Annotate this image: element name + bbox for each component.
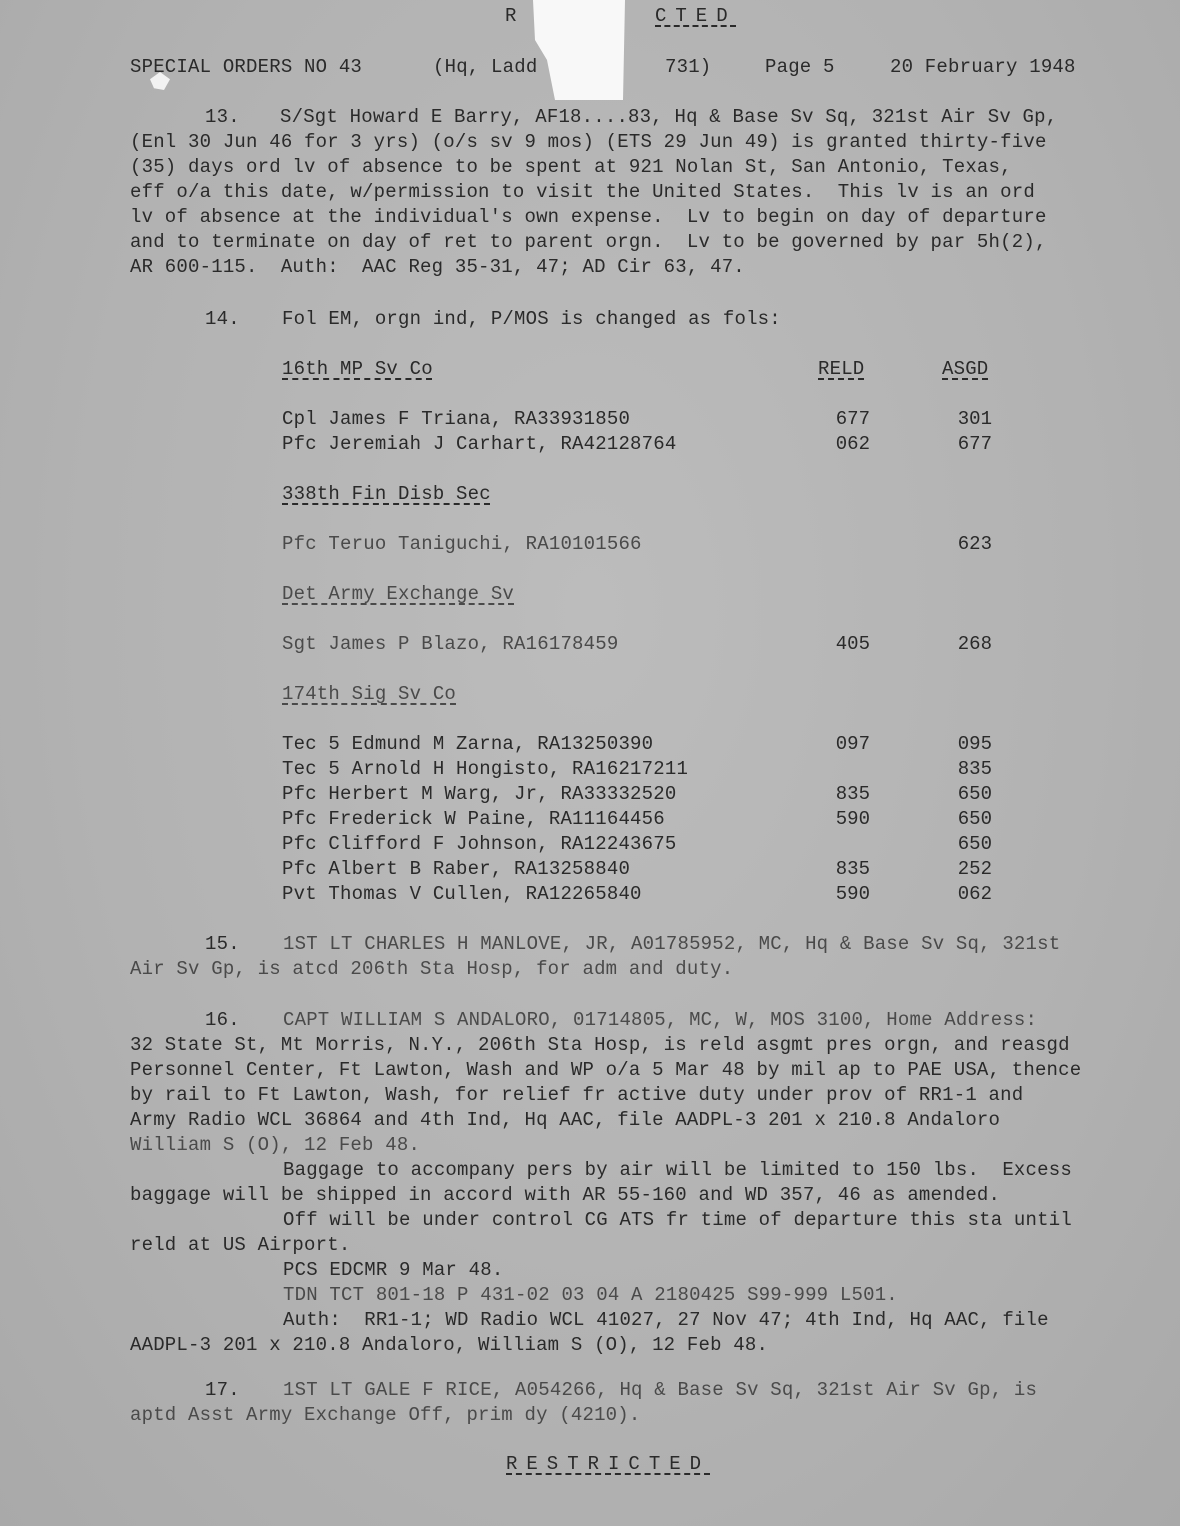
para17-line: 1ST LT GALE F RICE, A054266, Hq & Base S… — [283, 1378, 1037, 1403]
header-hq: (Hq, Ladd — [433, 55, 537, 80]
table-row-person: Pfc Herbert M Warg, Jr, RA33332520 — [282, 782, 676, 807]
table-row-asgd: 650 — [932, 807, 992, 832]
table-row-asgd: 835 — [932, 757, 992, 782]
table-row-person: Pfc Albert B Raber, RA13258840 — [282, 857, 630, 882]
para13-line: S/Sgt Howard E Barry, AF18....83, Hq & B… — [280, 105, 1057, 130]
header-date: 20 February 1948 — [890, 55, 1076, 80]
table-row-reld: 835 — [810, 782, 870, 807]
para16-tdn: TDN TCT 801-18 P 431-02 03 04 A 2180425 … — [283, 1283, 898, 1308]
para13-line: (Enl 30 Jun 46 for 3 yrs) (o/s sv 9 mos)… — [130, 130, 1047, 155]
table-row-reld: 590 — [810, 807, 870, 832]
table-row-asgd: 301 — [932, 407, 992, 432]
para16-line: CAPT WILLIAM S ANDALORO, 01714805, MC, W… — [283, 1008, 1037, 1033]
para17-line: aptd Asst Army Exchange Off, prim dy (42… — [130, 1403, 640, 1428]
table-row-person: Pfc Clifford F Johnson, RA12243675 — [282, 832, 676, 857]
para16-number: 16. — [205, 1008, 240, 1033]
table-row-asgd: 650 — [932, 782, 992, 807]
table-row-asgd: 677 — [932, 432, 992, 457]
table-row-asgd: 268 — [932, 632, 992, 657]
document-page: R CTED SPECIAL ORDERS NO 43 (Hq, Ladd 73… — [0, 0, 1180, 1526]
unit-heading: Det Army Exchange Sv — [282, 582, 514, 607]
para16-baggage: Baggage to accompany pers by air will be… — [283, 1158, 1072, 1183]
para14-number: 14. — [205, 307, 240, 332]
para17-number: 17. — [205, 1378, 240, 1403]
table-row-asgd: 062 — [932, 882, 992, 907]
torn-paper-area — [525, 0, 625, 100]
classification-top-left: R — [505, 5, 525, 27]
para15-line: 1ST LT CHARLES H MANLOVE, JR, A01785952,… — [283, 932, 1060, 957]
para15-number: 15. — [205, 932, 240, 957]
table-row-person: Tec 5 Arnold H Hongisto, RA16217211 — [282, 757, 688, 782]
para16-line: William S (O), 12 Feb 48. — [130, 1133, 420, 1158]
para16-line: by rail to Ft Lawton, Wash, for relief f… — [130, 1083, 1023, 1108]
para16-baggage: baggage will be shipped in accord with A… — [130, 1183, 1000, 1208]
table-row-asgd: 623 — [932, 532, 992, 557]
table-row-reld: 062 — [810, 432, 870, 457]
table-row-asgd: 095 — [932, 732, 992, 757]
table-row-reld: 097 — [810, 732, 870, 757]
para13-number: 13. — [205, 105, 240, 130]
table-row-person: Pfc Frederick W Paine, RA11164456 — [282, 807, 665, 832]
para16-auth: Auth: RR1-1; WD Radio WCL 41027, 27 Nov … — [283, 1308, 1049, 1333]
para13-line: eff o/a this date, w/permission to visit… — [130, 180, 1035, 205]
para16-control: reld at US Airport. — [130, 1233, 350, 1258]
table-row-person: Pvt Thomas V Cullen, RA12265840 — [282, 882, 642, 907]
table-row-person: Sgt James P Blazo, RA16178459 — [282, 632, 618, 657]
table-row-reld: 677 — [810, 407, 870, 432]
para16-pcs: PCS EDCMR 9 Mar 48. — [283, 1258, 503, 1283]
table-row-person: Tec 5 Edmund M Zarna, RA13250390 — [282, 732, 653, 757]
para13-line: and to terminate on day of ret to parent… — [130, 230, 1047, 255]
table-row-person: Pfc Teruo Taniguchi, RA10101566 — [282, 532, 642, 557]
column-header-reld: RELD — [818, 357, 864, 382]
para14-intro: Fol EM, orgn ind, P/MOS is changed as fo… — [282, 307, 781, 332]
unit-heading: 16th MP Sv Co — [282, 357, 433, 382]
para13-line: (35) days ord lv of absence to be spent … — [130, 155, 1012, 180]
column-header-asgd: ASGD — [942, 357, 988, 382]
table-row-reld: 835 — [810, 857, 870, 882]
table-row-asgd: 650 — [932, 832, 992, 857]
table-row-person: Pfc Jeremiah J Carhart, RA42128764 — [282, 432, 676, 457]
unit-heading: 174th Sig Sv Co — [282, 682, 456, 707]
para16-line: Army Radio WCL 36864 and 4th Ind, Hq AAC… — [130, 1108, 1000, 1133]
para13-line: AR 600-115. Auth: AAC Reg 35-31, 47; AD … — [130, 255, 745, 280]
para15-line: Air Sv Gp, is atcd 206th Sta Hosp, for a… — [130, 957, 733, 982]
classification-top-right: CTED — [655, 5, 737, 27]
para13-line: lv of absence at the individual's own ex… — [130, 205, 1047, 230]
para16-line: 32 State St, Mt Morris, N.Y., 206th Sta … — [130, 1033, 1070, 1058]
para16-control: Off will be under control CG ATS fr time… — [283, 1208, 1072, 1233]
classification-bottom: RESTRICTED — [506, 1453, 710, 1475]
para16-auth: AADPL-3 201 x 210.8 Andaloro, William S … — [130, 1333, 768, 1358]
para16-line: Personnel Center, Ft Lawton, Wash and WP… — [130, 1058, 1081, 1083]
header-hq-tail: 731) — [665, 55, 711, 80]
table-row-person: Cpl James F Triana, RA33931850 — [282, 407, 630, 432]
table-row-reld: 405 — [810, 632, 870, 657]
unit-heading: 338th Fin Disb Sec — [282, 482, 491, 507]
table-row-reld: 590 — [810, 882, 870, 907]
header-page: Page 5 — [765, 55, 835, 80]
table-row-asgd: 252 — [932, 857, 992, 882]
